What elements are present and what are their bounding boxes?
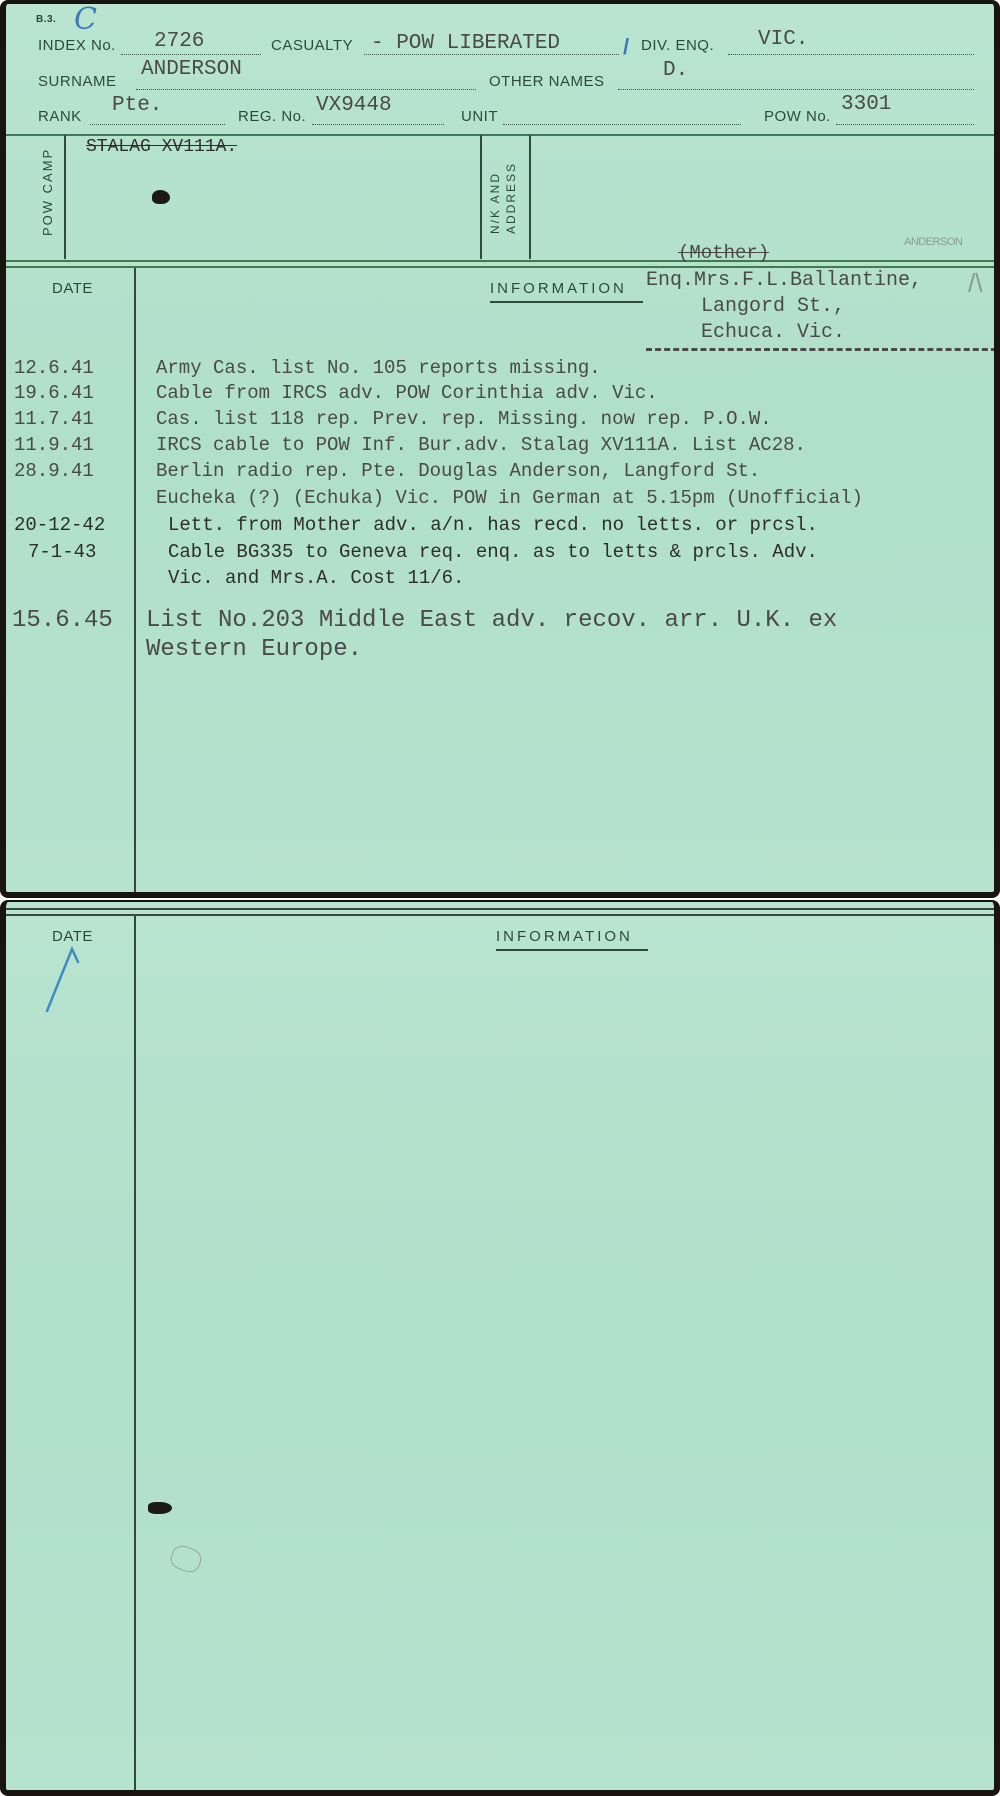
nk-address-label-line2: ADDRESS: [504, 162, 518, 234]
nok-line1: Enq.Mrs.F.L.Ballantine,: [646, 269, 922, 292]
nok-line3: Echuca. Vic.: [701, 321, 845, 344]
nok-relation: (Mother): [678, 242, 769, 264]
punch-hole-ghost: [168, 1543, 204, 1576]
rank-value: Pte.: [112, 94, 162, 117]
rank-label: RANK: [38, 108, 82, 125]
entry-text: Vic. and Mrs.A. Cost 11/6.: [168, 567, 464, 589]
entry-text: List No.203 Middle East adv. recov. arr.…: [146, 607, 837, 634]
nk-address-label-line1: N/K AND: [488, 172, 502, 234]
unit-label: UNIT: [461, 108, 498, 125]
index-value: 2726: [154, 30, 204, 53]
entry-text: Army Cas. list No. 105 reports missing.: [156, 357, 601, 379]
reg-no-value: VX9448: [316, 94, 392, 117]
pow-camp-value: STALAG XV111A.: [86, 137, 237, 157]
other-names-label: OTHER NAMES: [489, 73, 605, 90]
casualty-card-front: B.3. C INDEX No. 2726 CASUALTY - POW LIB…: [0, 0, 1000, 898]
entry-date: 20-12-42: [14, 514, 105, 536]
index-label: INDEX No.: [38, 37, 116, 54]
entry-date: 12.6.41: [14, 357, 94, 379]
reg-no-label: REG. No.: [238, 108, 306, 125]
nok-line2: Langord St.,: [701, 295, 845, 318]
information-header: INFORMATION: [490, 280, 627, 297]
entry-text: Lett. from Mother adv. a/n. has recd. no…: [168, 514, 818, 536]
entry-date: 11.9.41: [14, 434, 94, 456]
form-code: B.3.: [36, 14, 56, 25]
entry-date: 19.6.41: [14, 382, 94, 404]
blue-check-mark: /: [623, 34, 629, 60]
other-names-value: D.: [663, 59, 688, 82]
punch-hole: [148, 1502, 172, 1514]
entry-text: Eucheka (?) (Echuka) Vic. POW in German …: [156, 487, 863, 509]
casualty-card-back: DATE INFORMATION: [0, 900, 1000, 1796]
entry-text: Cable BG335 to Geneva req. enq. as to le…: [168, 541, 818, 563]
surname-value: ANDERSON: [141, 58, 242, 81]
date-header: DATE: [52, 280, 93, 297]
pow-no-label: POW No.: [764, 108, 831, 125]
entry-text: IRCS cable to POW Inf. Bur.adv. Stalag X…: [156, 434, 806, 456]
casualty-label: CASUALTY: [271, 37, 353, 54]
pow-camp-label: POW CAMP: [40, 148, 55, 236]
handwritten-mark: C: [74, 2, 97, 37]
information-header: INFORMATION: [496, 928, 633, 945]
date-header: DATE: [52, 928, 93, 945]
casualty-value: - POW LIBERATED: [371, 32, 560, 55]
entry-date: 7-1-43: [28, 541, 96, 563]
punch-hole: [152, 190, 170, 204]
section-divider: [6, 134, 1000, 136]
nok-underline: [646, 348, 1000, 351]
caret-mark: /\: [968, 268, 982, 299]
date-column-divider: [134, 268, 136, 898]
entry-text: Cas. list 118 rep. Prev. rep. Missing. n…: [156, 408, 772, 430]
entry-date: 28.9.41: [14, 460, 94, 482]
pencil-note: ANDERSON: [904, 236, 962, 248]
div-enq-value: VIC.: [758, 28, 808, 51]
date-column-divider: [134, 916, 136, 1796]
surname-label: SURNAME: [38, 73, 117, 90]
blue-pen-mark: [42, 946, 92, 1016]
entry-date: 11.7.41: [14, 408, 94, 430]
entry-text: Berlin radio rep. Pte. Douglas Anderson,…: [156, 460, 760, 482]
pow-no-value: 3301: [841, 93, 891, 116]
div-enq-label: DIV. ENQ.: [641, 37, 714, 54]
entry-text: Cable from IRCS adv. POW Corinthia adv. …: [156, 382, 658, 404]
entry-date: 15.6.45: [12, 607, 113, 634]
entry-text: Western Europe.: [146, 636, 362, 663]
